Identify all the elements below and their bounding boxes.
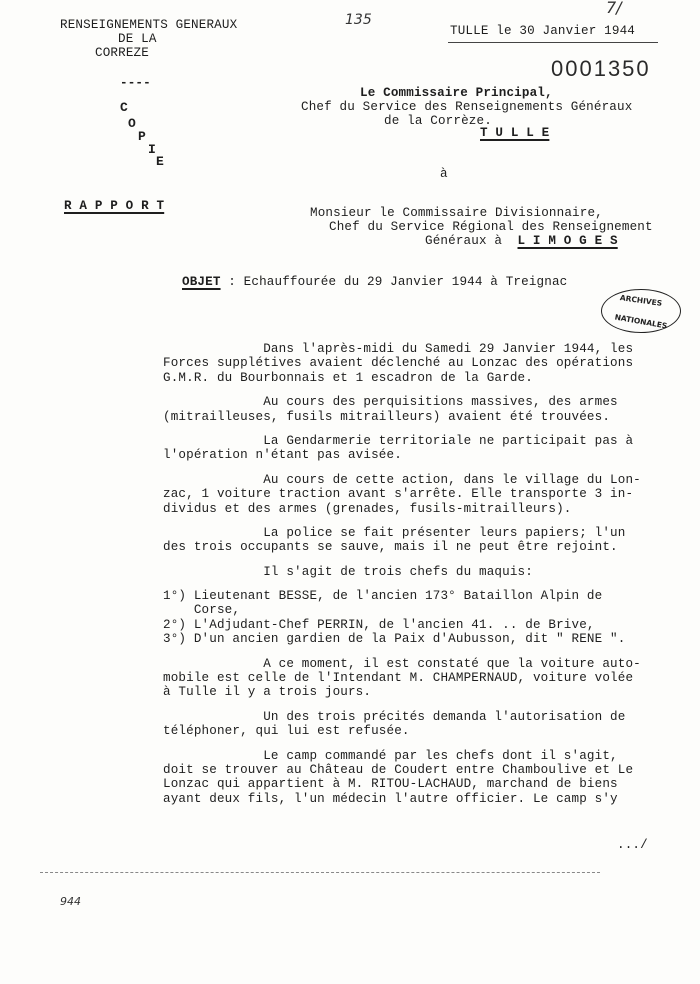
blank-line	[163, 579, 641, 589]
copie-letter: P	[138, 129, 146, 144]
blank-line	[163, 516, 641, 526]
body-line: téléphoner, qui lui est refusée.	[163, 724, 641, 738]
body-line: Dans l'après-midi du Samedi 29 Janvier 1…	[163, 342, 641, 356]
addressed-to: à	[440, 167, 448, 181]
blank-line	[163, 424, 641, 434]
report-title: R A P P O R T	[64, 199, 164, 213]
body-line: Un des trois précités demanda l'autorisa…	[163, 710, 641, 724]
header-dashes: ----	[120, 76, 151, 90]
date-underline	[448, 42, 658, 43]
subject-line: OBJET : Echauffourée du 29 Janvier 1944 …	[182, 275, 567, 289]
date-line: TULLE le 30 Janvier 1944	[450, 24, 635, 38]
sender-title: Le Commissaire Principal,	[360, 86, 553, 100]
body-line: Corse,	[163, 603, 641, 617]
body-line: Au cours de cette action, dans le villag…	[163, 473, 641, 487]
body-line: 2°) L'Adjudant-Chef PERRIN, de l'ancien …	[163, 618, 641, 632]
archives-nationales-stamp: ARCHIVES NATIONALES	[601, 289, 681, 333]
sender-department: de la Corrèze.	[384, 114, 492, 128]
body-line: Forces supplétives avaient déclenché au …	[163, 356, 641, 370]
body-line: à Tulle il y a trois jours.	[163, 685, 641, 699]
blank-line	[163, 647, 641, 657]
blank-line	[163, 739, 641, 749]
handwritten-note: 944	[60, 895, 81, 908]
blank-line	[163, 700, 641, 710]
body-line: mobile est celle de l'Intendant M. CHAMP…	[163, 671, 641, 685]
report-body: Dans l'après-midi du Samedi 29 Janvier 1…	[163, 342, 641, 806]
body-line: Au cours des perquisitions massives, des…	[163, 395, 641, 409]
body-line: des trois occupants se sauve, mais il ne…	[163, 540, 641, 554]
serial-number: 0001350	[551, 56, 651, 82]
body-line: G.M.R. du Bourbonnais et 1 escadron de l…	[163, 371, 641, 385]
office-name-line2: DE LA	[118, 32, 157, 46]
stamp-top-text: ARCHIVES	[602, 291, 680, 311]
body-line: Il s'agit de trois chefs du maquis:	[163, 565, 641, 579]
recipient-prefix: Généraux à	[425, 234, 502, 248]
blank-line	[163, 385, 641, 395]
handwritten-mark: 7/	[606, 0, 622, 17]
recipient-service: Chef du Service Régional des Renseigneme…	[329, 220, 653, 234]
office-name-line3: CORREZE	[95, 46, 149, 60]
recipient-city: L I M O G E S	[518, 234, 618, 248]
body-line: (mitrailleuses, fusils mitrailleurs) ava…	[163, 410, 641, 424]
body-line: La police se fait présenter leurs papier…	[163, 526, 641, 540]
recipient-title: Monsieur le Commissaire Divisionnaire,	[310, 206, 603, 220]
subject-text: : Echauffourée du 29 Janvier 1944 à Trei…	[221, 275, 568, 289]
body-line: l'opération n'étant pas avisée.	[163, 448, 641, 462]
copie-letter: C	[120, 100, 128, 115]
subject-label: OBJET	[182, 275, 221, 289]
body-line: dividus et des armes (grenades, fusils-m…	[163, 502, 641, 516]
sender-city: T U L L E	[480, 126, 549, 140]
recipient-line3: Généraux à L I M O G E S	[425, 234, 618, 248]
stamp-bottom-text: NATIONALES	[602, 310, 680, 332]
body-line: doit se trouver au Château de Coudert en…	[163, 763, 641, 777]
copie-letter: O	[128, 116, 136, 131]
page-divider	[40, 872, 600, 873]
blank-line	[163, 463, 641, 473]
handwritten-folio: 135	[345, 12, 372, 28]
body-line: ayant deux fils, l'un médecin l'autre of…	[163, 792, 641, 806]
continuation-mark: .../	[617, 838, 648, 852]
body-line: Le camp commandé par les chefs dont il s…	[163, 749, 641, 763]
body-line: 1°) Lieutenant BESSE, de l'ancien 173° B…	[163, 589, 641, 603]
body-line: Lonzac qui appartient à M. RITOU-LACHAUD…	[163, 777, 641, 791]
body-line: zac, 1 voiture traction avant s'arrête. …	[163, 487, 641, 501]
body-line: A ce moment, il est constaté que la voit…	[163, 657, 641, 671]
office-name: RENSEIGNEMENTS GENERAUX	[60, 18, 237, 32]
sender-service: Chef du Service des Renseignements Génér…	[301, 100, 632, 114]
body-line: 3°) D'un ancien gardien de la Paix d'Aub…	[163, 632, 641, 646]
body-line: La Gendarmerie territoriale ne participa…	[163, 434, 641, 448]
blank-line	[163, 555, 641, 565]
copie-letter: I	[148, 142, 156, 157]
copie-letter: E	[156, 154, 164, 169]
